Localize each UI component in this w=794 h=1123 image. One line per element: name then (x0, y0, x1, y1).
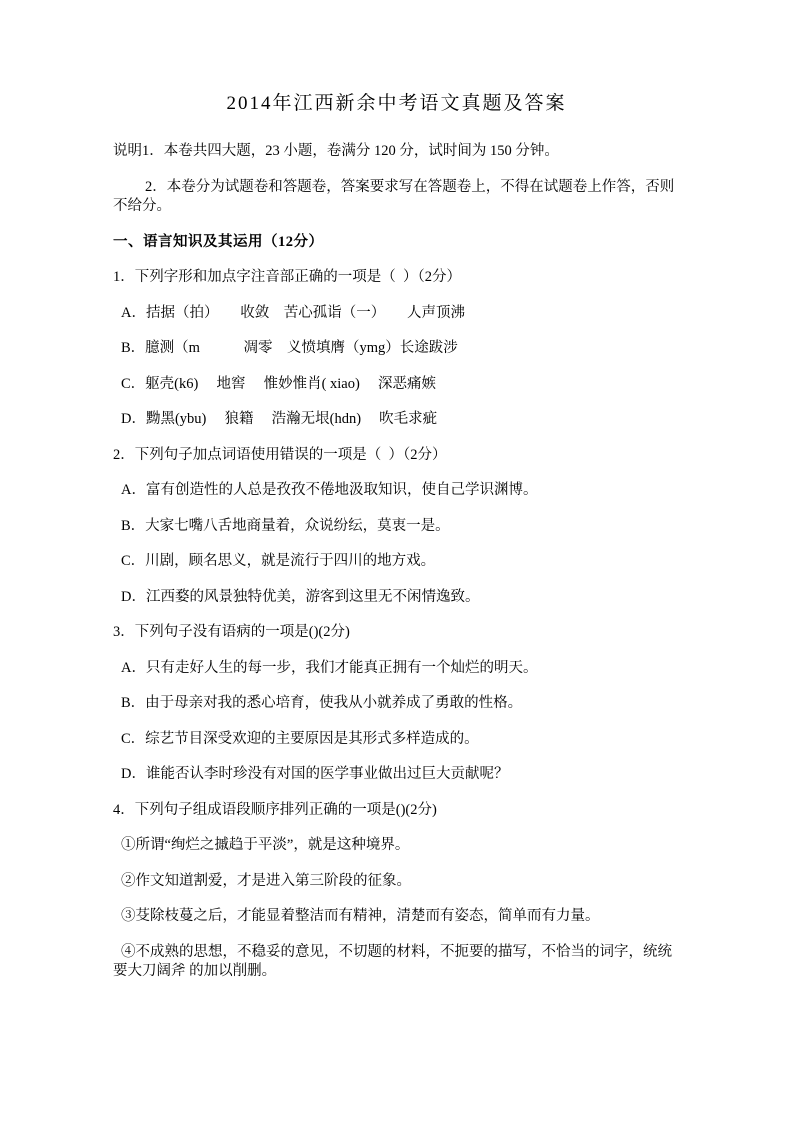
question-1-option-b: B．臆测（m 凋零 义愤填膺（ymg）长途跋涉 (113, 339, 680, 359)
question-3-option-b: B．由于母亲对我的悉心培育，使我从小就养成了勇敢的性格。 (113, 694, 680, 714)
question-2-option-b: B．大家七嘴八舌地商量着，众说纷纭，莫衷一是。 (113, 517, 680, 537)
question-4-sentence-2: ②作文知道割爱，才是进入第三阶段的征象。 (113, 872, 680, 892)
document-page: 2014年江西新余中考语文真题及答案 说明1．本卷共四大题，23 小题，卷满分 … (0, 0, 794, 1123)
question-2-stem: 2．下列句子加点词语使用错误的一项是（ ）（2分） (113, 446, 680, 466)
question-4-sentence-4: ④不成熟的思想，不稳妥的意见，不切题的材料，不扼要的描写，不恰当的词字，统统要大… (113, 943, 680, 982)
question-1-option-a: A．拮据（拍） 收敛 苦心孤诣（一） 人声顶沸 (113, 304, 680, 324)
question-1-stem: 1．下列字形和加点字注音部正确的一项是（ ）（2分） (113, 268, 680, 288)
question-2: 2．下列句子加点词语使用错误的一项是（ ）（2分） A．富有创造性的人总是孜孜不… (113, 446, 680, 608)
instruction-line-1: 说明1．本卷共四大题，23 小题，卷满分 120 分，试时间为 150 分钟。 (113, 142, 680, 162)
question-2-option-a: A．富有创造性的人总是孜孜不倦地汲取知识，使自己学识渊博。 (113, 481, 680, 501)
question-4-sentence-3: ③芟除枝蔓之后，才能显着整洁而有精神，清楚而有姿态，简单而有力量。 (113, 907, 680, 927)
question-3: 3．下列句子没有语病的一项是()(2分) A．只有走好人生的每一步，我们才能真正… (113, 623, 680, 785)
section-heading: 一、语言知识及其运用（12分） (113, 233, 680, 253)
question-3-stem: 3．下列句子没有语病的一项是()(2分) (113, 623, 680, 643)
question-1-option-d: D．黝黑(ybu) 狼籍 浩瀚无垠(hdn) 吹毛求疵 (113, 410, 680, 430)
question-3-option-a: A．只有走好人生的每一步，我们才能真正拥有一个灿烂的明天。 (113, 659, 680, 679)
question-3-option-c: C．综艺节目深受欢迎的主要原因是其形式多样造成的。 (113, 730, 680, 750)
question-1: 1．下列字形和加点字注音部正确的一项是（ ）（2分） A．拮据（拍） 收敛 苦心… (113, 268, 680, 430)
page-title: 2014年江西新余中考语文真题及答案 (113, 90, 680, 118)
question-2-option-d: D．江西婺的风景独特优美，游客到这里无不闲情逸致。 (113, 588, 680, 608)
instruction-line-2: 2．本卷分为试题卷和答题卷，答案要求写在答题卷上，不得在试题卷上作答，否则不给分… (113, 178, 680, 217)
question-3-option-d: D．谁能否认李时珍没有对国的医学事业做出过巨大贡献呢？ (113, 765, 680, 785)
question-4: 4．下列句子组成语段顺序排列正确的一项是()(2分) ①所谓“绚烂之摵趋于平淡”… (113, 801, 680, 982)
question-4-sentence-1: ①所谓“绚烂之摵趋于平淡”，就是这种境界。 (113, 836, 680, 856)
question-4-stem: 4．下列句子组成语段顺序排列正确的一项是()(2分) (113, 801, 680, 821)
question-2-option-c: C．川剧，顾名思义，就是流行于四川的地方戏。 (113, 552, 680, 572)
question-1-option-c: C．躯壳(k6) 地窖 惟妙惟肖( xiao) 深恶痛嫉 (113, 375, 680, 395)
